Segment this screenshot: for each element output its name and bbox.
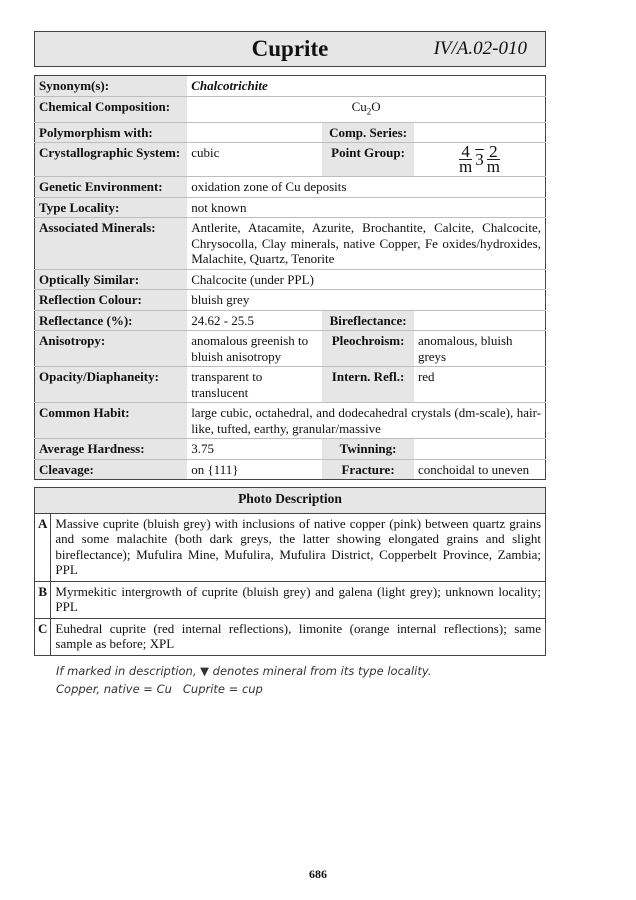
reflection-colour-value: bluish grey [187, 290, 545, 311]
twinning-label: Twinning: [322, 439, 414, 460]
opacity-value: transparent to translucent [187, 367, 322, 403]
row-polymorphism: Polymorphism with: Comp. Series: [35, 122, 546, 143]
common-habit-value: large cubic, octahedral, and dodecahedra… [187, 403, 545, 439]
opacity-label: Opacity/Diaphaneity: [35, 367, 188, 403]
twinning-value [414, 439, 546, 460]
photo-item-letter: C [35, 618, 51, 655]
hardness-value: 3.75 [187, 439, 322, 460]
polymorphism-value [187, 122, 322, 143]
row-anisotropy: Anisotropy: anomalous greenish to bluish… [35, 331, 546, 367]
chemical-composition-label: Chemical Composition: [35, 96, 188, 122]
properties-table: Synonym(s): Chalcotrichite Chemical Comp… [34, 75, 546, 480]
photo-item-letter: A [35, 513, 51, 581]
optically-similar-label: Optically Similar: [35, 269, 188, 290]
mineral-code: IV/A.02-010 [434, 38, 527, 60]
row-opacity: Opacity/Diaphaneity: transparent to tran… [35, 367, 546, 403]
photo-item: B Myrmekitic intergrowth of cuprite (blu… [35, 581, 546, 618]
fracture-value: conchoidal to uneven [414, 459, 546, 480]
crystal-system-value: cubic [187, 143, 322, 177]
polymorphism-label: Polymorphism with: [35, 122, 188, 143]
associated-minerals-value: Antlerite, Atacamite, Azurite, Brochanti… [187, 218, 545, 270]
chemical-formula: Cu2O [187, 96, 545, 122]
row-synonyms: Synonym(s): Chalcotrichite [35, 76, 546, 97]
photo-item-text: Euhedral cuprite (red internal reflectio… [51, 618, 546, 655]
cleavage-value: on {111} [187, 459, 322, 480]
cleavage-label: Cleavage: [35, 459, 188, 480]
abbreviations-note: Copper, native = Cu Cuprite = cup [56, 680, 431, 698]
row-crystal-system: Crystallographic System: cubic Point Gro… [35, 143, 546, 177]
photo-item-letter: B [35, 581, 51, 618]
hardness-label: Average Hardness: [35, 439, 188, 460]
anisotropy-label: Anisotropy: [35, 331, 188, 367]
row-reflection-colour: Reflection Colour: bluish grey [35, 290, 546, 311]
row-genetic-environment: Genetic Environment: oxidation zone of C… [35, 177, 546, 198]
reflection-colour-label: Reflection Colour: [35, 290, 188, 311]
fracture-label: Fracture: [322, 459, 414, 480]
pleochroism-value: anomalous, bluish greys [414, 331, 546, 367]
reflectance-value: 24.62 - 25.5 [187, 310, 322, 331]
row-cleavage: Cleavage: on {111} Fracture: conchoidal … [35, 459, 546, 480]
row-reflectance: Reflectance (%): 24.62 - 25.5 Bireflecta… [35, 310, 546, 331]
crystal-system-label: Crystallographic System: [35, 143, 188, 177]
row-hardness: Average Hardness: 3.75 Twinning: [35, 439, 546, 460]
type-locality-note: If marked in description, ▼ denotes mine… [56, 662, 431, 680]
photo-description-table: Photo Description A Massive cuprite (blu… [34, 487, 546, 656]
type-locality-value: not known [187, 197, 545, 218]
synonyms-value: Chalcotrichite [187, 76, 545, 97]
synonyms-label: Synonym(s): [35, 76, 188, 97]
point-group-label: Point Group: [322, 143, 414, 177]
row-chemical-composition: Chemical Composition: Cu2O [35, 96, 546, 122]
page-number: 686 [0, 867, 636, 882]
anisotropy-value: anomalous greenish to bluish anisotropy [187, 331, 322, 367]
row-associated-minerals: Associated Minerals: Antlerite, Atacamit… [35, 218, 546, 270]
row-type-locality: Type Locality: not known [35, 197, 546, 218]
common-habit-label: Common Habit: [35, 403, 188, 439]
pleochroism-label: Pleochroism: [322, 331, 414, 367]
bireflectance-label: Bireflectance: [322, 310, 414, 331]
comp-series-label: Comp. Series: [322, 122, 414, 143]
point-group-value: 4m32m [414, 143, 546, 177]
bireflectance-value [414, 310, 546, 331]
row-common-habit: Common Habit: large cubic, octahedral, a… [35, 403, 546, 439]
genetic-environment-value: oxidation zone of Cu deposits [187, 177, 545, 198]
reflectance-label: Reflectance (%): [35, 310, 188, 331]
optically-similar-value: Chalcocite (under PPL) [187, 269, 545, 290]
comp-series-value [414, 122, 546, 143]
photo-item-text: Massive cuprite (bluish grey) with inclu… [51, 513, 546, 581]
photo-item: A Massive cuprite (bluish grey) with inc… [35, 513, 546, 581]
associated-minerals-label: Associated Minerals: [35, 218, 188, 270]
photo-description-title: Photo Description [35, 488, 546, 514]
photo-item-text: Myrmekitic intergrowth of cuprite (bluis… [51, 581, 546, 618]
genetic-environment-label: Genetic Environment: [35, 177, 188, 198]
row-optically-similar: Optically Similar: Chalcocite (under PPL… [35, 269, 546, 290]
internal-reflections-label: Intern. Refl.: [322, 367, 414, 403]
internal-reflections-value: red [414, 367, 546, 403]
type-locality-label: Type Locality: [35, 197, 188, 218]
photo-item: C Euhedral cuprite (red internal reflect… [35, 618, 546, 655]
title-box: Cuprite IV/A.02-010 [34, 31, 546, 67]
footnotes: If marked in description, ▼ denotes mine… [56, 662, 431, 698]
